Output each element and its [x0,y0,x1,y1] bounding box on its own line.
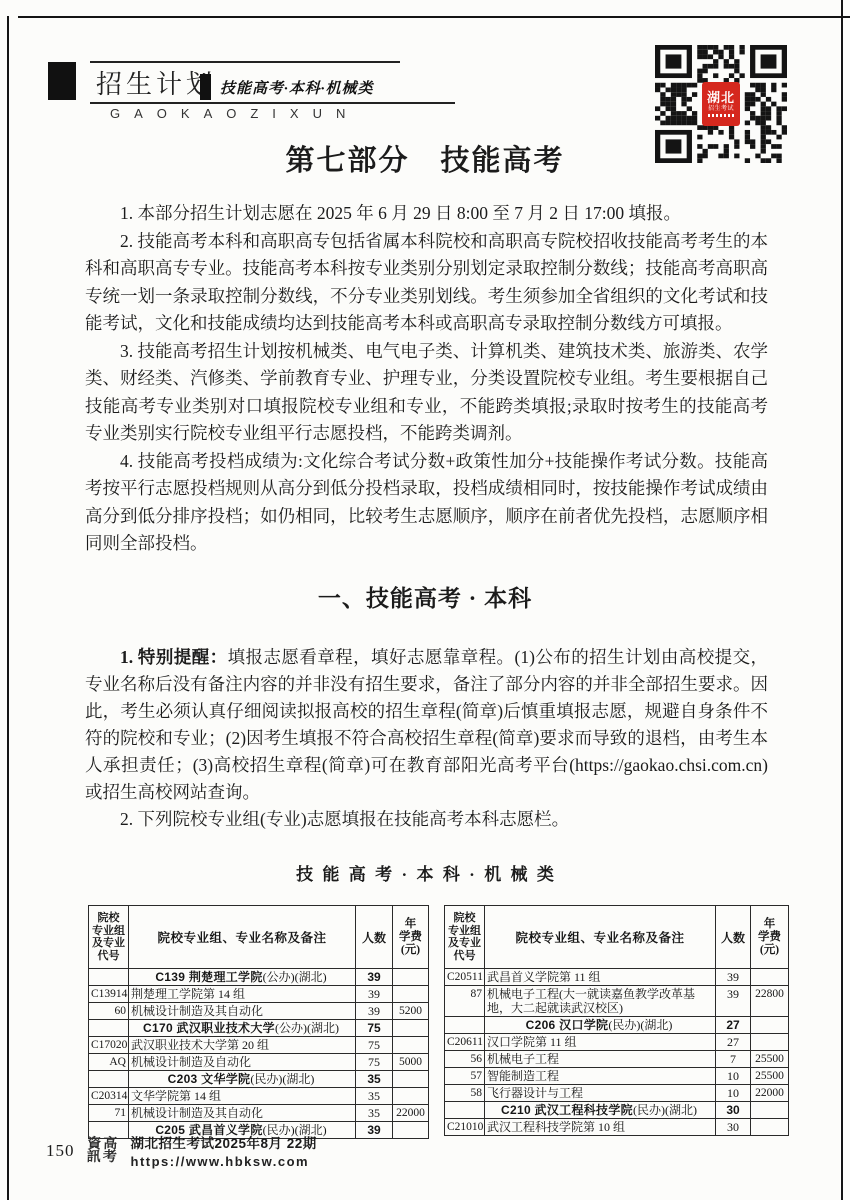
plan-count: 75 [356,1054,393,1071]
header-name-column: 院校专业组、专业名称及备注 [129,906,356,969]
table-header: 院校 专业组 及专业 代号 院校专业组、专业名称及备注 人数 年 学费 (元) [445,906,789,969]
page-title: 第七部分 技能高考 [0,138,850,179]
special-reminder-text: 填报志愿看章程，填好志愿靠章程。(1)公布的招生计划由高校提交，专业名称后没有备… [85,647,768,802]
tuition-fee [393,969,429,986]
table-title: 技能高考·本科·机械类 [0,860,850,885]
plan-count: 27 [716,1034,751,1051]
tuition-fee: 22800 [751,986,789,1017]
section-paragraph-2: 2. 下列院校专业组(专业)志愿填报在技能高考本科志愿栏。 [85,806,768,833]
program-name: 武昌首义学院第 11 组 [485,969,716,986]
program-code: C13914 [89,986,129,1003]
masthead-romanized: GAOKAOZIXUN [110,106,359,121]
tuition-fee: 5200 [393,1003,429,1020]
intro-paragraph-3: 3. 技能高考招生计划按机械类、电气电子类、计算机类、建筑技术类、旅游类、农学类… [85,338,768,448]
publisher-logo: 資高 訊考 [86,1138,119,1164]
program-name: C210 武汉工程科技学院(民办)(湖北) [485,1102,716,1119]
footer-text: 湖北招生考试2025年8月 22期 https://www.hbksw.com [131,1132,317,1169]
program-name: C139 荆楚理工学院(公办)(湖北) [129,969,356,986]
program-code: AQ [89,1054,129,1071]
header-fee-column: 年 学费 (元) [751,906,789,969]
tuition-fee [751,1102,789,1119]
masthead-bottom-rule [90,102,455,104]
table-body-left: C139 荆楚理工学院(公办)(湖北) 39 C13914 荆楚理工学院第 14… [89,969,429,1139]
program-code: C21010 [445,1119,485,1136]
intro-paragraphs: 1. 本部分招生计划志愿在 2025 年 6 月 29 日 8:00 至 7 月… [85,200,768,558]
section-heading: 一、技能高考 · 本科 [0,580,850,613]
program-name: C203 文华学院(民办)(湖北) [129,1071,356,1088]
program-code: 60 [89,1003,129,1020]
table-row: C203 文华学院(民办)(湖北) 35 [89,1071,429,1088]
tuition-fee: 25500 [751,1068,789,1085]
program-name: 机械设计制造及其自动化 [129,1105,356,1122]
tuition-fee [751,1119,789,1136]
program-code: 58 [445,1085,485,1102]
table-row: C20314 文华学院第 14 组 35 [89,1088,429,1105]
masthead: 招生计划 技能高考·本科·机械类 GAOKAOZIXUN [48,56,488,126]
scanned-admission-guide-page: { "masthead": { "brand": "招生计划", "editio… [0,0,850,1200]
table-body-right: C20511 武昌首义学院第 11 组 39 87 机械电子工程(大一就读嘉鱼教… [445,969,789,1136]
qr-center-badge: 湖北 招生考试 [702,82,740,126]
program-name: 飞行器设计与工程 [485,1085,716,1102]
table-row: C170 武汉职业技术大学(公办)(湖北) 75 [89,1020,429,1037]
plan-count: 27 [716,1017,751,1034]
table-row: C13914 荆楚理工学院第 14 组 39 [89,986,429,1003]
section-body: 1. 特别提醒：填报志愿看章程，填好志愿靠章程。(1)公布的招生计划由高校提交，… [85,644,768,833]
program-name: 机械设计制造及其自动化 [129,1003,356,1020]
plan-count: 39 [356,1003,393,1020]
admission-table-left: 院校 专业组 及专业 代号 院校专业组、专业名称及备注 人数 年 学费 (元) … [88,905,429,1139]
intro-paragraph-4: 4. 技能高考投档成绩为:文化综合考试分数+政策性加分+技能操作考试分数。技能高… [85,448,768,558]
header-count-column: 人数 [356,906,393,969]
header-fee-column: 年 学费 (元) [393,906,429,969]
qr-badge-sub-label: 招生考试 [708,106,734,113]
masthead-brand: 招生计划 [96,64,216,101]
tuition-fee [393,1020,429,1037]
program-code: C17020 [89,1037,129,1054]
tuition-fee: 25500 [751,1051,789,1068]
header-name-column: 院校专业组、专业名称及备注 [485,906,716,969]
special-reminder-paragraph: 1. 特别提醒：填报志愿看章程，填好志愿靠章程。(1)公布的招生计划由高校提交，… [85,644,768,806]
plan-count: 30 [716,1102,751,1119]
plan-count: 7 [716,1051,751,1068]
plan-count: 39 [716,986,751,1017]
table-row: 57 智能制造工程 10 25500 [445,1068,789,1085]
table-row: 56 机械电子工程 7 25500 [445,1051,789,1068]
program-code [89,1071,129,1088]
masthead-edition: 技能高考·本科·机械类 [220,77,374,98]
program-name: 机械电子工程 [485,1051,716,1068]
tuition-fee [393,1088,429,1105]
tuition-fee: 5000 [393,1054,429,1071]
plan-count: 75 [356,1020,393,1037]
website-label: https://www.hbksw.com [131,1154,317,1169]
table-row: C20511 武昌首义学院第 11 组 39 [445,969,789,986]
plan-count: 39 [356,1122,393,1139]
tuition-fee [393,986,429,1003]
program-code: 57 [445,1068,485,1085]
plan-count: 75 [356,1037,393,1054]
plan-count: 10 [716,1068,751,1085]
program-name: 文华学院第 14 组 [129,1088,356,1105]
intro-paragraph-2: 2. 技能高考本科和高职高专包括省属本科院校和高职高专院校招收技能高考考生的本科… [85,228,768,338]
program-code [445,1102,485,1119]
program-name: C170 武汉职业技术大学(公办)(湖北) [129,1020,356,1037]
table-row: 71 机械设计制造及其自动化 35 22000 [89,1105,429,1122]
header-count-column: 人数 [716,906,751,969]
program-code: 71 [89,1105,129,1122]
program-code: C20611 [445,1034,485,1051]
table-row: 87 机械电子工程(大一就读嘉鱼教学改革基地，大二起就读武汉校区) 39 228… [445,986,789,1017]
program-code [445,1017,485,1034]
separator-bar-icon [200,74,211,100]
plan-count: 30 [716,1119,751,1136]
program-name: C206 汉口学院(民办)(湖北) [485,1017,716,1034]
intro-paragraph-1: 1. 本部分招生计划志愿在 2025 年 6 月 29 日 8:00 至 7 月… [85,200,768,228]
program-name: 荆楚理工学院第 14 组 [129,986,356,1003]
special-reminder-lead: 1. 特别提醒： [120,647,228,667]
tuition-fee [751,1034,789,1051]
tuition-fee: 22000 [751,1085,789,1102]
table-row: C139 荆楚理工学院(公办)(湖北) 39 [89,969,429,986]
page-number: 150 [46,1141,75,1161]
table-row: AQ 机械设计制造及自动化 75 5000 [89,1054,429,1071]
table-row: C210 武汉工程科技学院(民办)(湖北) 30 [445,1102,789,1119]
table-header-row: 院校 专业组 及专业 代号 院校专业组、专业名称及备注 人数 年 学费 (元) [89,906,429,969]
program-name: 机械设计制造及自动化 [129,1054,356,1071]
masthead-top-rule [90,61,400,63]
plan-count: 35 [356,1071,393,1088]
tuition-fee [393,1071,429,1088]
tuition-fee [751,1017,789,1034]
plan-count: 39 [356,986,393,1003]
plan-count: 39 [356,969,393,986]
page-footer: 150 資高 訊考 湖北招生考试2025年8月 22期 https://www.… [46,1132,317,1169]
admission-table-right: 院校 专业组 及专业 代号 院校专业组、专业名称及备注 人数 年 学费 (元) … [444,905,789,1136]
program-name: 智能制造工程 [485,1068,716,1085]
program-name: 武汉工程科技学院第 10 组 [485,1119,716,1136]
header-code-column: 院校 专业组 及专业 代号 [89,906,129,969]
table-row: 60 机械设计制造及其自动化 39 5200 [89,1003,429,1020]
table-header: 院校 专业组 及专业 代号 院校专业组、专业名称及备注 人数 年 学费 (元) [89,906,429,969]
header-code-column: 院校 专业组 及专业 代号 [445,906,485,969]
tuition-fee: 22000 [393,1105,429,1122]
plan-count: 10 [716,1085,751,1102]
scan-border-top [18,16,850,18]
plan-count: 35 [356,1105,393,1122]
program-name: 汉口学院第 11 组 [485,1034,716,1051]
table-row: 58 飞行器设计与工程 10 22000 [445,1085,789,1102]
qr-badge-dots [708,114,734,117]
program-name: 机械电子工程(大一就读嘉鱼教学改革基地，大二起就读武汉校区) [485,986,716,1017]
tuition-fee [393,1037,429,1054]
program-code [89,1020,129,1037]
program-code: C20314 [89,1088,129,1105]
program-code: 56 [445,1051,485,1068]
table-row: C17020 武汉职业技术大学第 20 组 75 [89,1037,429,1054]
table-row: C20611 汉口学院第 11 组 27 [445,1034,789,1051]
masthead-square-icon [48,62,76,100]
table-row: C21010 武汉工程科技学院第 10 组 30 [445,1119,789,1136]
plan-count: 39 [716,969,751,986]
plan-count: 35 [356,1088,393,1105]
program-code: C20511 [445,969,485,986]
program-name: 武汉职业技术大学第 20 组 [129,1037,356,1054]
tuition-fee [393,1122,429,1139]
program-code [89,969,129,986]
qr-badge-main-label: 湖北 [707,91,735,105]
tuition-fee [751,969,789,986]
program-code: 87 [445,986,485,1017]
table-header-row: 院校 专业组 及专业 代号 院校专业组、专业名称及备注 人数 年 学费 (元) [445,906,789,969]
table-row: C206 汉口学院(民办)(湖北) 27 [445,1017,789,1034]
issue-label: 湖北招生考试2025年8月 22期 [131,1132,317,1152]
